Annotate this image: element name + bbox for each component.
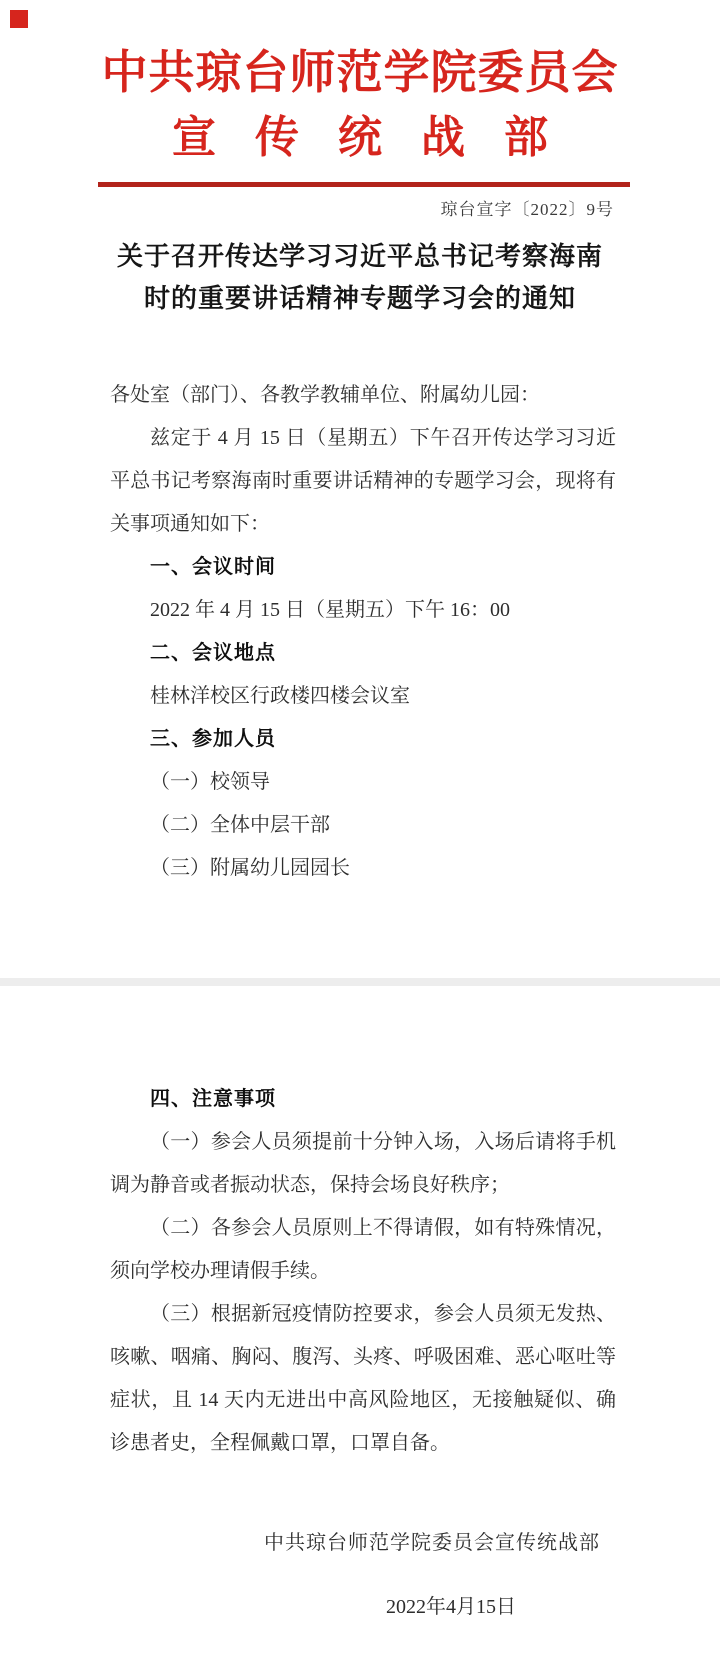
note-item: （二）各参会人员原则上不得请假，如有特殊情况，须向学校办理请假手续。 [110, 1207, 616, 1293]
meeting-place-text: 桂林洋校区行政楼四楼会议室 [110, 675, 616, 718]
notice-title-line2: 时的重要讲话精神专题学习会的通知 [0, 278, 720, 320]
letterhead-divider-rule [98, 182, 630, 187]
salutation: 各处室（部门）、各教学教辅单位、附属幼儿园： [110, 374, 616, 417]
document-page: 中共琼台师范学院委员会 宣 传 统 战 部 琼台宣字〔2022〕9号 关于召开传… [0, 0, 720, 1679]
signature-org: 中共琼台师范学院委员会宣传统战部 [264, 1528, 600, 1558]
note-item: （一）参会人员须提前十分钟入场，入场后请将手机调为静音或者振动状态，保持会场良好… [110, 1121, 616, 1207]
participant-item: （三）附属幼儿园园长 [110, 847, 616, 890]
section-heading-meeting-place: 二、会议地点 [110, 632, 616, 675]
section-heading-participants: 三、参加人员 [110, 718, 616, 761]
notice-body-page1: 各处室（部门）、各教学教辅单位、附属幼儿园： 兹定于 4 月 15 日（星期五）… [110, 374, 616, 890]
notice-title: 关于召开传达学习习近平总书记考察海南 时的重要讲话精神专题学习会的通知 [0, 236, 720, 320]
signature-date: 2022年4月15日 [386, 1592, 516, 1622]
intro-paragraph: 兹定于 4 月 15 日（星期五）下午召开传达学习习近平总书记考察海南时重要讲话… [110, 417, 616, 546]
letterhead-department: 宣 传 统 战 部 [0, 110, 720, 166]
notice-title-line1: 关于召开传达学习习近平总书记考察海南 [0, 236, 720, 278]
red-corner-mark [10, 10, 28, 28]
letterhead-org-name: 中共琼台师范学院委员会 [0, 42, 720, 104]
letterhead: 中共琼台师范学院委员会 宣 传 统 战 部 [0, 42, 720, 166]
meeting-time-text: 2022 年 4 月 15 日（星期五）下午 16：00 [110, 589, 616, 632]
note-item: （三）根据新冠疫情防控要求，参会人员须无发热、咳嗽、咽痛、胸闷、腹泻、头疼、呼吸… [110, 1293, 616, 1465]
document-number: 琼台宣字〔2022〕9号 [441, 198, 615, 222]
page-break-separator [0, 978, 720, 986]
notice-body-page2: 四、注意事项 （一）参会人员须提前十分钟入场，入场后请将手机调为静音或者振动状态… [110, 1078, 616, 1465]
participant-item: （一）校领导 [110, 761, 616, 804]
section-heading-notes: 四、注意事项 [110, 1078, 616, 1121]
section-heading-meeting-time: 一、会议时间 [110, 546, 616, 589]
participant-item: （二）全体中层干部 [110, 804, 616, 847]
